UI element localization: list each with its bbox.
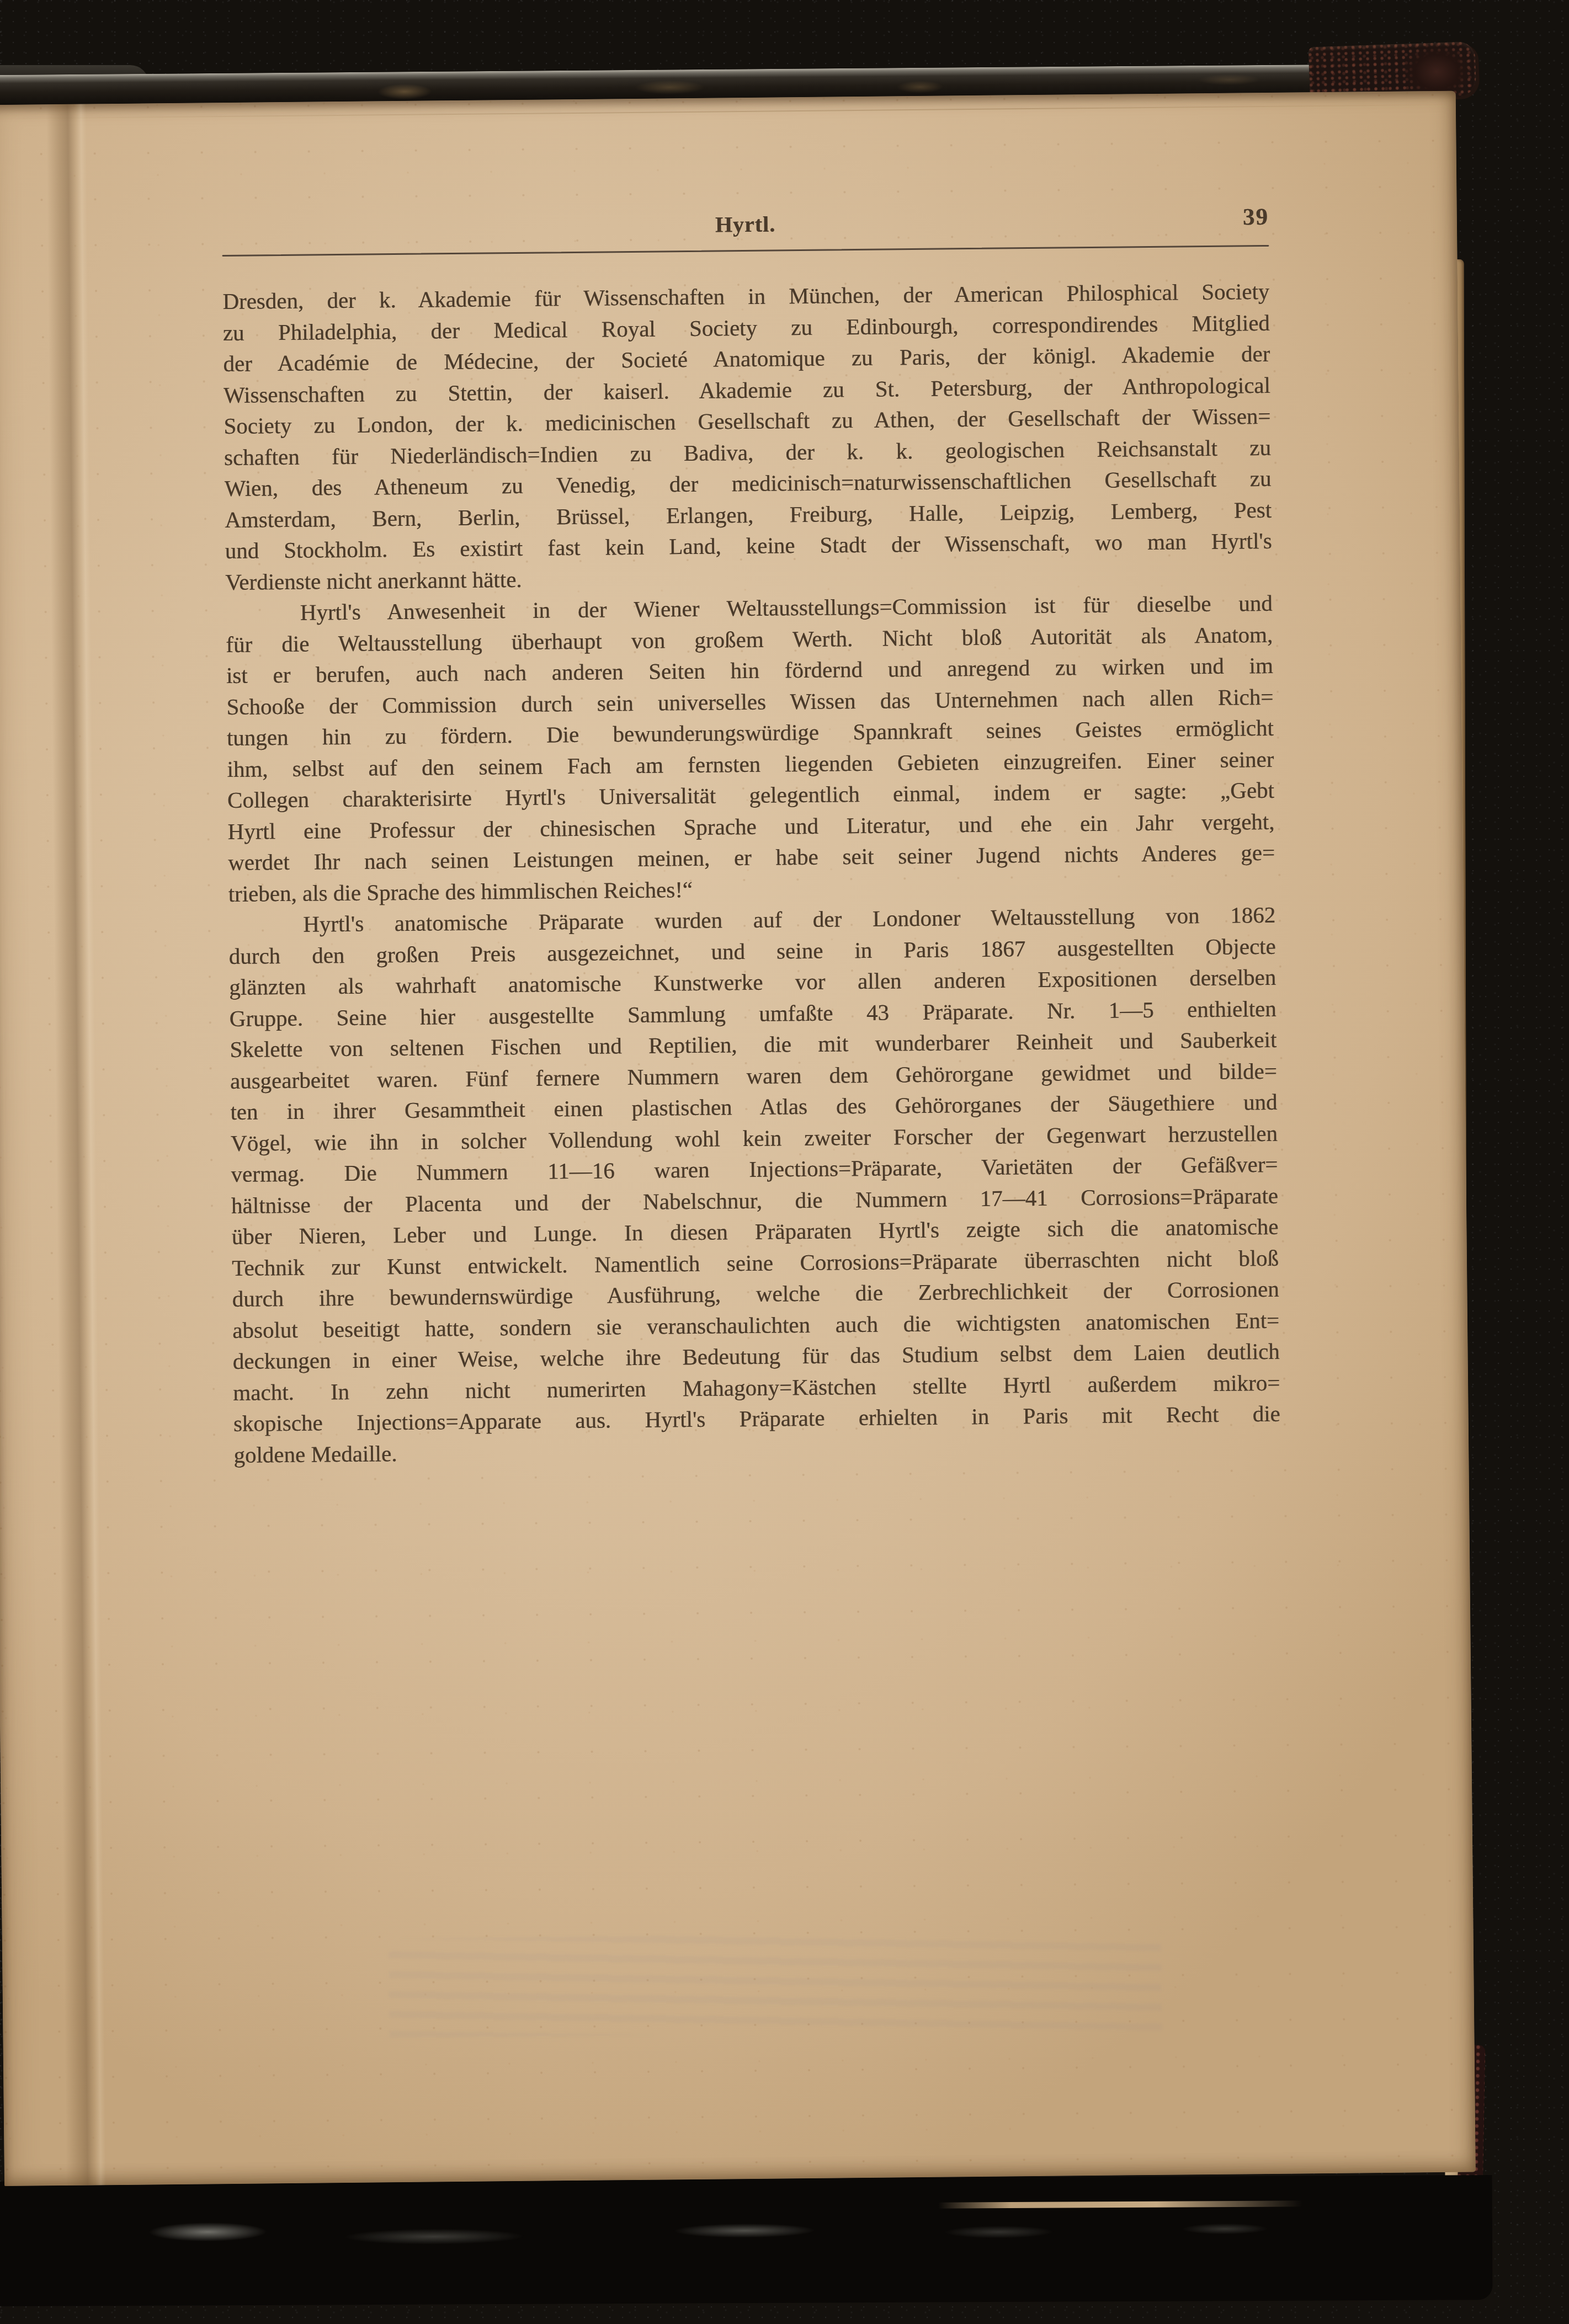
page-header: Hyrtl. 39 xyxy=(222,204,1269,249)
page-number: 39 xyxy=(1243,202,1269,233)
running-title: Hyrtl. xyxy=(222,204,1269,246)
scanned-book-photo: Hyrtl. 39 Dresden, der k. Akademie für W… xyxy=(0,0,1569,2324)
body-text: Dresden, der k. Akademie für Wissenschaf… xyxy=(222,276,1281,1470)
cover-gloss-highlight xyxy=(10,2212,1423,2253)
page-crease xyxy=(46,104,106,2186)
ink-show-through xyxy=(389,1931,1162,2038)
text-block: Hyrtl. 39 Dresden, der k. Akademie für W… xyxy=(222,204,1281,1470)
page-top-edge-line xyxy=(0,104,1456,120)
book-cover-bottom-edge xyxy=(0,2175,1492,2306)
book-page: Hyrtl. 39 Dresden, der k. Akademie für W… xyxy=(0,91,1476,2186)
